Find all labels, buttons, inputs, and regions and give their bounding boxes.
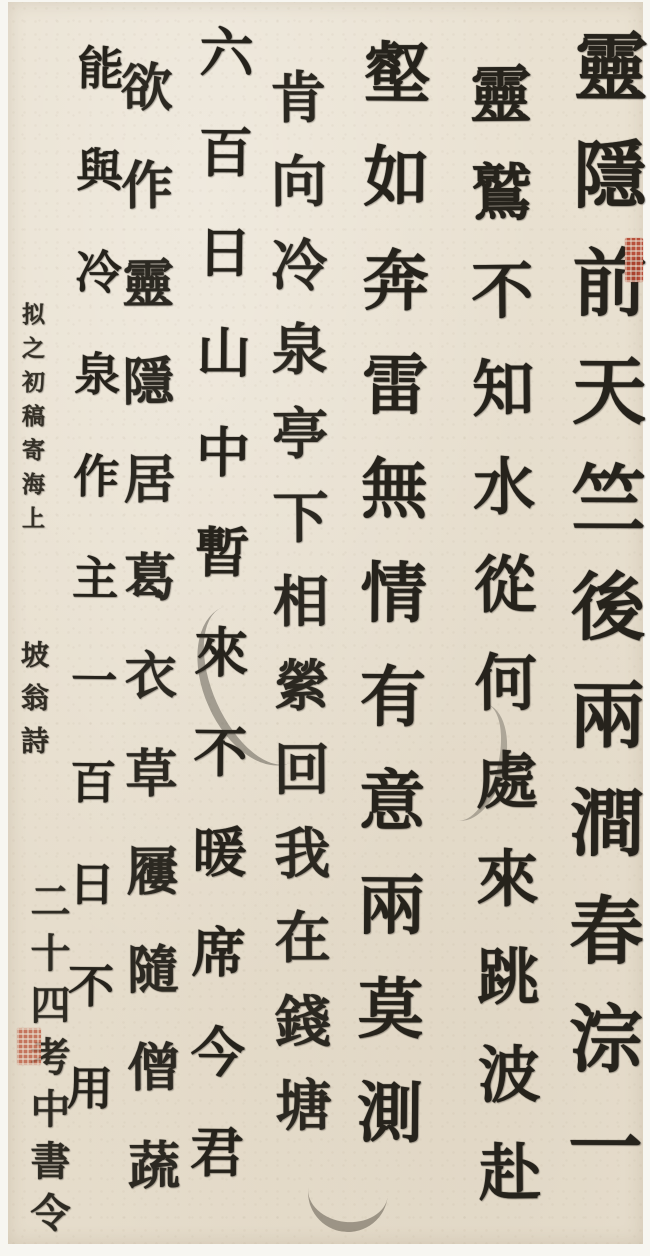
colophon-attribution: 坡翁詩 [19, 640, 47, 769]
calligraphy-column-2: 靈鷲不知水從何處來跳波赴 [464, 62, 536, 1238]
red-seal-stamp-bottom-left [17, 1028, 41, 1065]
red-seal-stamp-right-edge [625, 238, 643, 282]
calligraphy-column-1: 靈隱前天竺後兩澗春淙一 [562, 28, 642, 1216]
calligraphy-column-5: 六百日山中暫來不暖席今君 [186, 24, 250, 1224]
calligraphy-column-6: 欲作靈隱居葛衣草屨隨僧蔬 [115, 60, 175, 1236]
calligraphy-column-4: 肯向冷泉亭下相縈回我在錢塘 [266, 68, 328, 1160]
colophon-inscription: 拟之初稿寄海上 [20, 302, 43, 540]
scan-image: { "artwork": { "kind": "chinese-cursive-… [0, 0, 650, 1256]
calligraphy-column-7: 能與冷泉作主一百日不用 [63, 44, 121, 1166]
calligraphy-column-3: 壑如奔雷無情有意兩莫測 [351, 38, 425, 1182]
calligraphy-paper: 靈隱前天竺後兩澗春淙一 靈鷲不知水從何處來跳波赴 壑如奔雷無情有意兩莫測 肯向冷… [8, 2, 643, 1244]
